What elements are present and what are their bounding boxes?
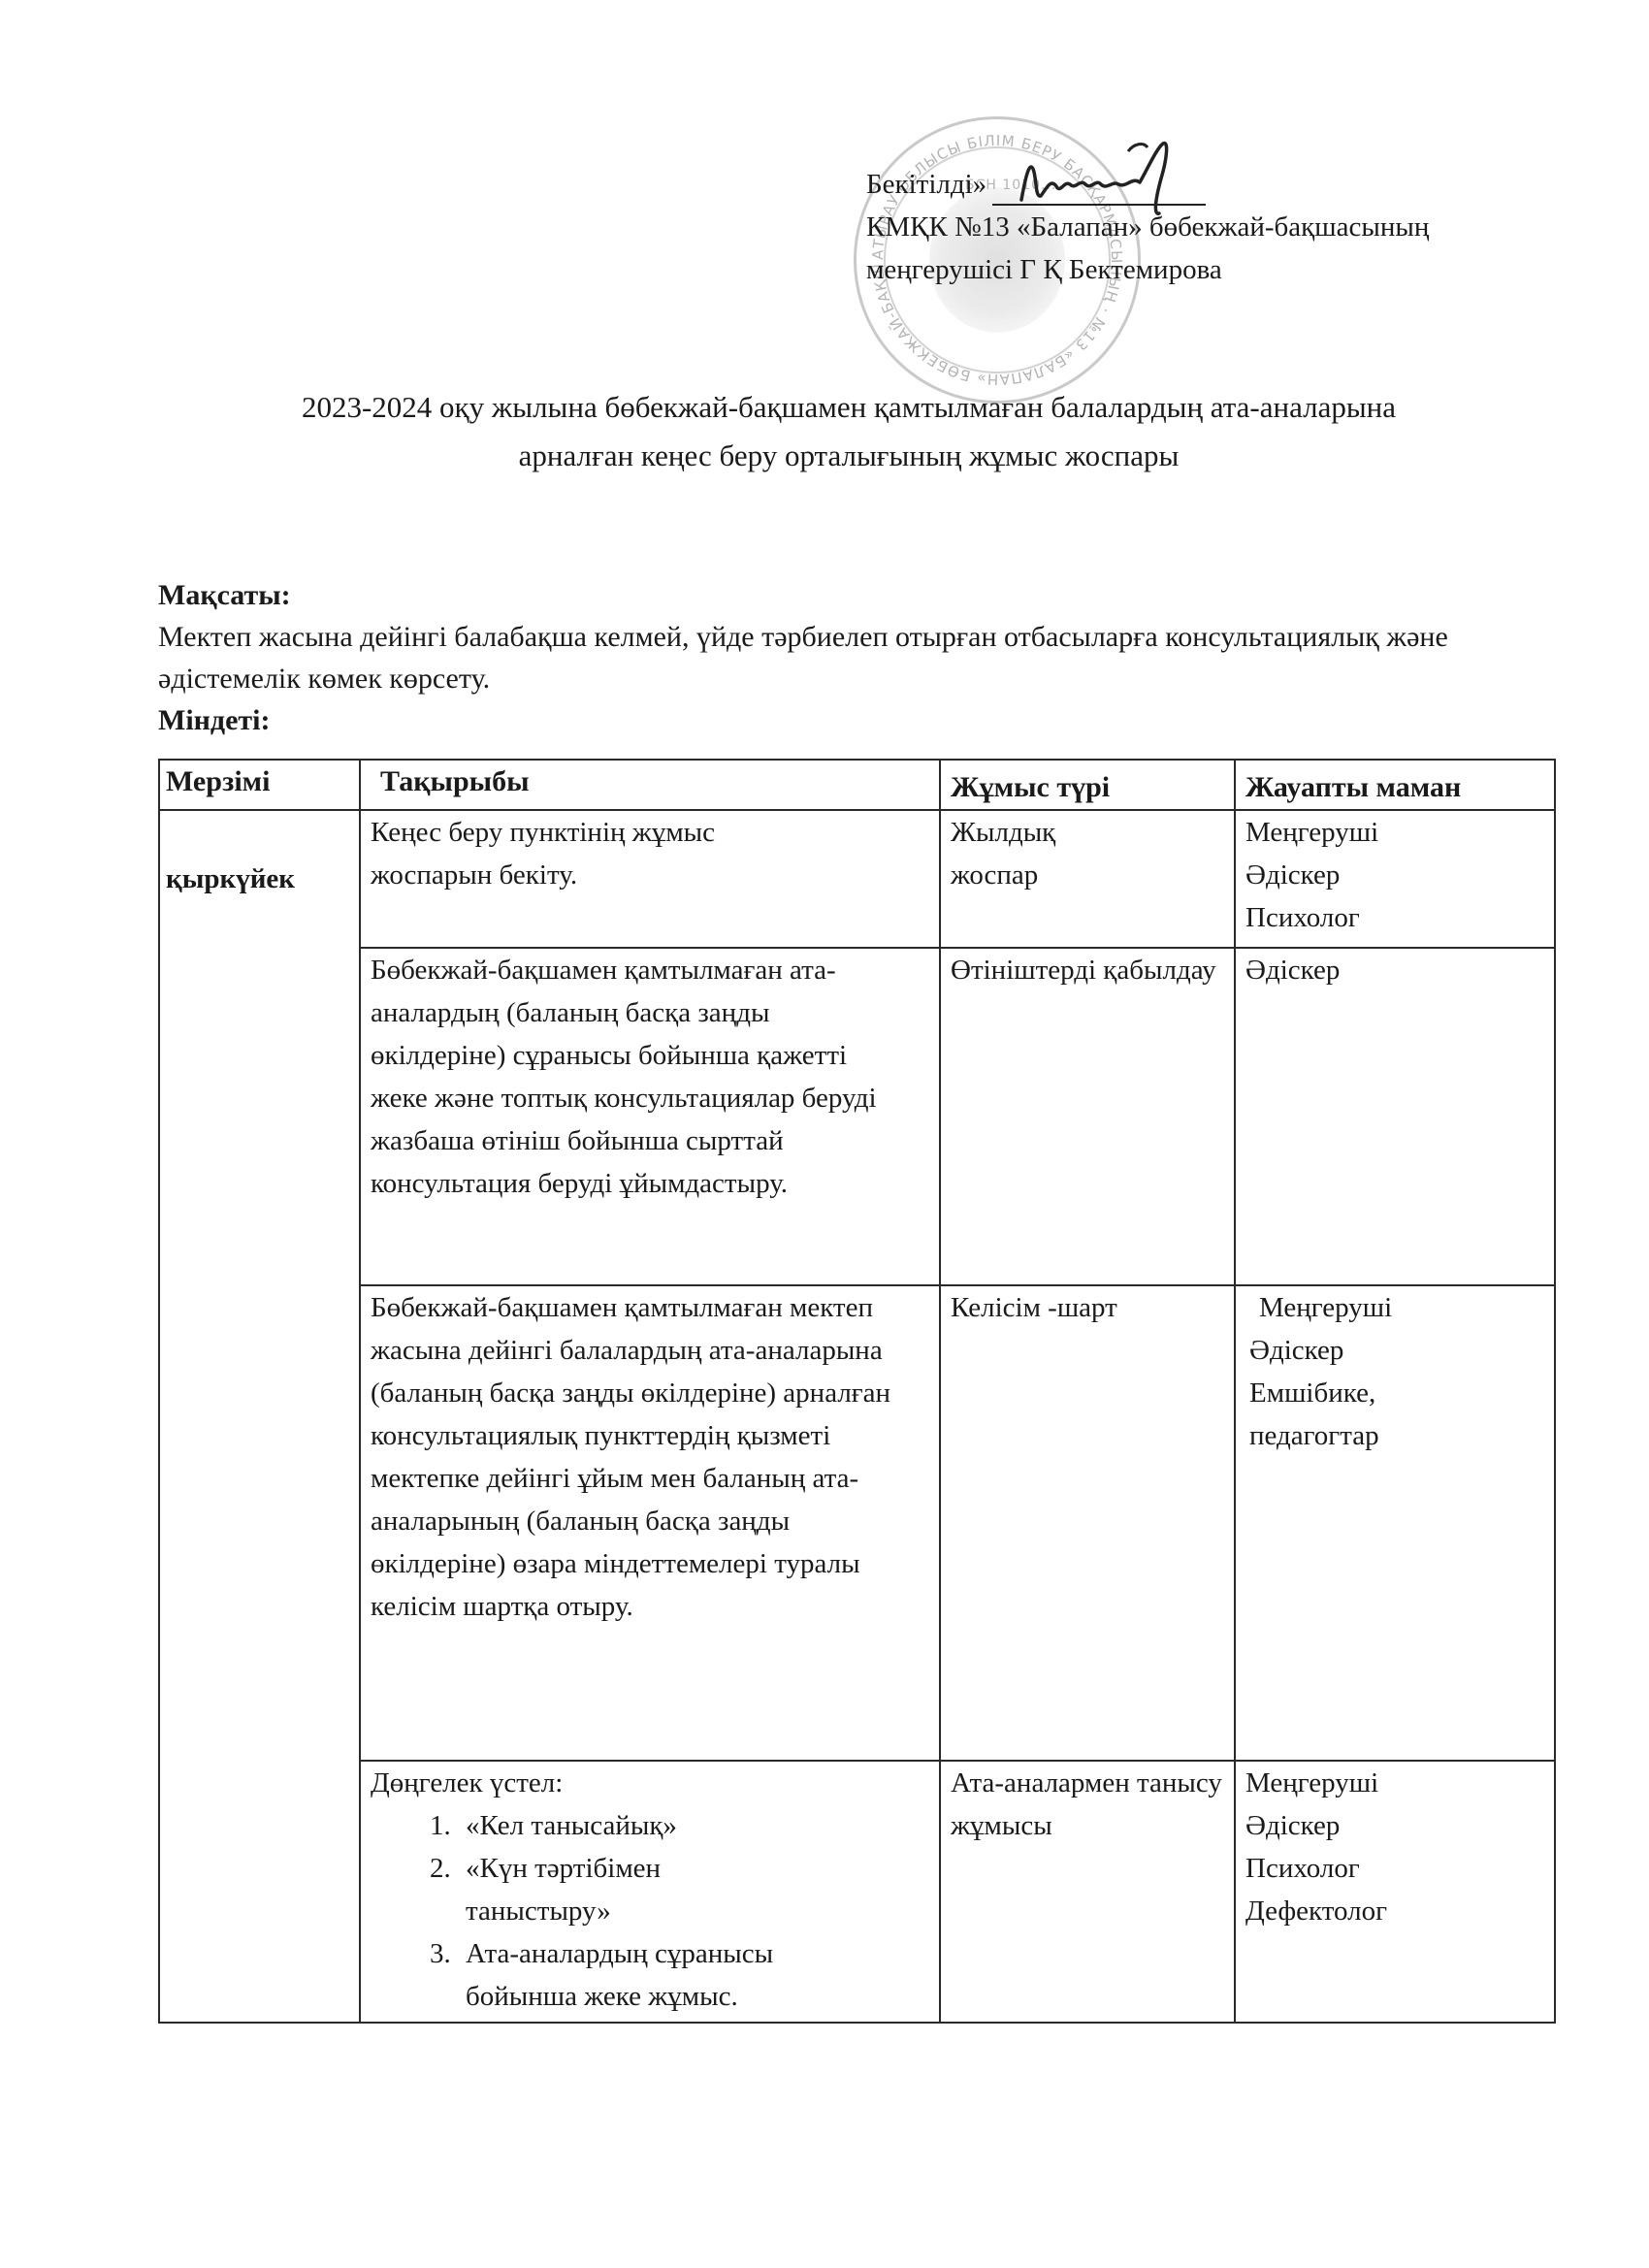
document-title: 2023-2024 оқу жылына бөбекжай-бақшамен қ… xyxy=(145,383,1552,480)
header-work-type: Жұмыс түрі xyxy=(940,760,1235,810)
topic-cell: Дөңгелек үстел: «Кел танысайық» «Күн тәр… xyxy=(360,1761,940,2023)
responsible-cell: Әдіскер xyxy=(1235,948,1555,1285)
list-item: «Күн тәртібімен таныстыру» xyxy=(458,1847,890,1932)
work-type-cell: Ата-аналармен танысу жұмысы xyxy=(940,1761,1235,2023)
table-row: Бөбекжай-бақшамен қамтылмаған ата-аналар… xyxy=(159,948,1555,1285)
table-row: Дөңгелек үстел: «Кел танысайық» «Күн тәр… xyxy=(159,1761,1555,2023)
responsible-cell: Меңгеруші Әдіскер Емшібике, педагогтар xyxy=(1235,1285,1555,1761)
responsible-cell: Меңгеруші Әдіскер Психолог xyxy=(1235,810,1555,948)
goal-section: Мақсаты: Мектеп жасына дейінгі балабақша… xyxy=(158,574,1545,741)
title-line-2: арналған кеңес беру орталығының жұмыс жо… xyxy=(145,432,1552,480)
header-period: Мерзімі xyxy=(159,760,360,810)
work-type-cell: Келісім -шарт xyxy=(940,1285,1235,1761)
signature-icon xyxy=(1012,140,1206,217)
goal-text: Мектеп жасына дейінгі балабақша келмей, … xyxy=(158,616,1536,699)
header-topic: Тақырыбы xyxy=(360,760,940,810)
topic-cell: Кеңес беру пунктінің жұмыс жоспарын бекі… xyxy=(360,810,940,948)
table-row: қыркүйек Кеңес беру пунктінің жұмыс жосп… xyxy=(159,810,1555,948)
signature-line xyxy=(992,175,1206,206)
document-page: АТЫРАУ ОБЛЫСЫ БІЛІМ БЕРУ БАСҚАРМАСЫНЫҢ ·… xyxy=(0,0,1649,2268)
tasks-label: Міндеті: xyxy=(158,699,1545,741)
work-plan-table: Мерзімі Тақырыбы Жұмыс түрі Жауапты мама… xyxy=(158,759,1556,2024)
list-item: «Кел танысайық» xyxy=(458,1804,890,1847)
round-table-label: Дөңгелек үстел: xyxy=(371,1762,929,1804)
head-line: меңгерушісі Г Қ Бектемирова xyxy=(866,248,1429,291)
table-header-row: Мерзімі Тақырыбы Жұмыс түрі Жауапты мама… xyxy=(159,760,1555,810)
title-line-1: 2023-2024 оқу жылына бөбекжай-бақшамен қ… xyxy=(145,383,1552,432)
work-type-cell: Жылдық жоспар xyxy=(940,810,1235,948)
table-row: Бөбекжай-бақшамен қамтылмаған мектеп жас… xyxy=(159,1285,1555,1761)
responsible-cell: Меңгеруші Әдіскер Психолог Дефектолог xyxy=(1235,1761,1555,2023)
list-item: Ата-аналардың сұранысы бойынша жеке жұмы… xyxy=(458,1932,890,2018)
goal-label: Мақсаты: xyxy=(158,574,1545,616)
work-type-cell: Өтініштерді қабылдау xyxy=(940,948,1235,1285)
period-cell: қыркүйек xyxy=(159,810,360,2023)
approved-label: Бекітілді» xyxy=(866,163,986,206)
topic-cell: Бөбекжай-бақшамен қамтылмаған ата-аналар… xyxy=(360,948,940,1285)
topic-cell: Бөбекжай-бақшамен қамтылмаған мектеп жас… xyxy=(360,1285,940,1761)
approval-block: Бекітілді» КМҚК №13 «Балапан» бөбекжай-б… xyxy=(866,163,1429,291)
round-table-list: «Кел танысайық» «Күн тәртібімен таныстыр… xyxy=(371,1804,929,2018)
header-responsible: Жауапты маман xyxy=(1235,760,1555,810)
